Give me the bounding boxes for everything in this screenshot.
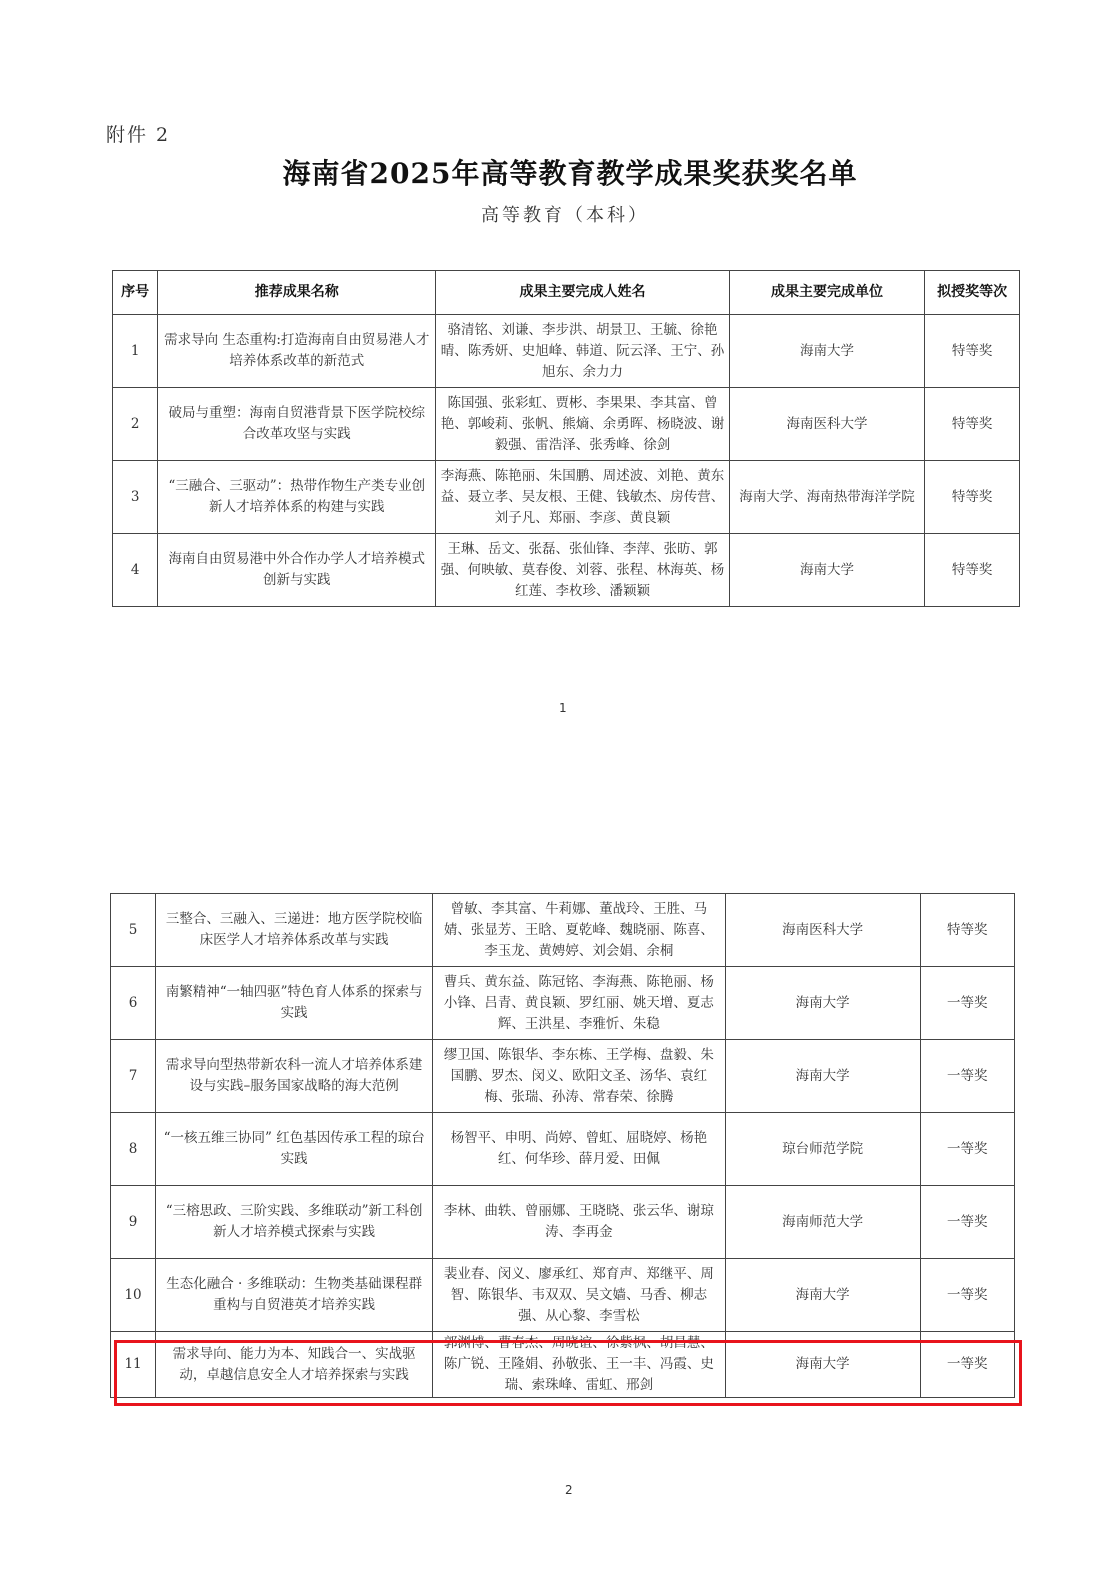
row-number: 8 xyxy=(111,1113,156,1186)
table-header-row: 序号 推荐成果名称 成果主要完成人姓名 成果主要完成单位 拟授奖等次 xyxy=(113,271,1020,315)
award-level: 一等奖 xyxy=(920,1186,1014,1259)
completers: 李林、曲轶、曾丽娜、王晓晓、张云华、谢琼涛、李再金 xyxy=(433,1186,725,1259)
page-number: 1 xyxy=(559,701,567,715)
completing-unit: 海南师范大学 xyxy=(725,1186,920,1259)
document-title: 海南省2025年高等教育教学成果奖获奖名单 xyxy=(0,152,1120,192)
award-level: 特等奖 xyxy=(925,461,1020,534)
achievement-name: “三榕思政、三阶实践、多维联动”新工科创新人才培养模式探索与实践 xyxy=(156,1186,433,1259)
row-number: 5 xyxy=(111,894,156,967)
award-level: 特等奖 xyxy=(925,388,1020,461)
table-row: 9 “三榕思政、三阶实践、多维联动”新工科创新人才培养模式探索与实践 李林、曲轶… xyxy=(111,1186,1015,1259)
table-row: 4 海南自由贸易港中外合作办学人才培养模式创新与实践 王琳、岳文、张磊、张仙锋、… xyxy=(113,534,1020,607)
completing-unit: 海南大学 xyxy=(725,1040,920,1113)
awards-table-page-2: 5 三整合、三融入、三递进：地方医学院校临床医学人才培养体系改革与实践 曾敏、李… xyxy=(110,893,1015,1398)
header-level: 拟授奖等次 xyxy=(925,271,1020,315)
table-row: 3 “三融合、三驱动”：热带作物生产类专业创新人才培养体系的构建与实践 李海燕、… xyxy=(113,461,1020,534)
row-number: 4 xyxy=(113,534,158,607)
document-subtitle: 高等教育（本科） xyxy=(0,201,1120,227)
award-level: 特等奖 xyxy=(925,534,1020,607)
completing-unit: 海南大学 xyxy=(729,315,925,388)
completers: 曹兵、黄东益、陈冠铭、李海燕、陈艳丽、杨小锋、吕青、黄良颖、罗红丽、姚天增、夏志… xyxy=(433,967,725,1040)
row-number: 3 xyxy=(113,461,158,534)
row-number: 7 xyxy=(111,1040,156,1113)
award-level: 一等奖 xyxy=(920,1259,1014,1332)
completing-unit: 海南大学 xyxy=(725,967,920,1040)
completing-unit: 海南大学 xyxy=(729,534,925,607)
completers: 缪卫国、陈银华、李东栋、王学梅、盘毅、朱国鹏、罗杰、闵义、欧阳文圣、汤华、袁红梅… xyxy=(433,1040,725,1113)
attachment-label: 附件 2 xyxy=(106,120,170,147)
completing-unit: 琼台师范学院 xyxy=(725,1113,920,1186)
achievement-name: “一核五维三协同” 红色基因传承工程的琼台实践 xyxy=(156,1113,433,1186)
header-no: 序号 xyxy=(113,271,158,315)
page-number: 2 xyxy=(565,1483,573,1497)
completing-unit: 海南医科大学 xyxy=(725,894,920,967)
completers: 曾敏、李其富、牛莉娜、董战玲、王胜、马婧、张显芳、王晗、夏乾峰、魏晓丽、陈喜、李… xyxy=(433,894,725,967)
row-number: 10 xyxy=(111,1259,156,1332)
award-level: 特等奖 xyxy=(920,894,1014,967)
achievement-name: 三整合、三融入、三递进：地方医学院校临床医学人才培养体系改革与实践 xyxy=(156,894,433,967)
award-level: 特等奖 xyxy=(925,315,1020,388)
completing-unit: 海南大学、海南热带海洋学院 xyxy=(729,461,925,534)
achievement-name: “三融合、三驱动”：热带作物生产类专业创新人才培养体系的构建与实践 xyxy=(158,461,436,534)
completing-unit: 海南医科大学 xyxy=(729,388,925,461)
header-people: 成果主要完成人姓名 xyxy=(436,271,729,315)
row-number: 9 xyxy=(111,1186,156,1259)
award-level: 一等奖 xyxy=(920,1113,1014,1186)
table-row: 7 需求导向型热带新农科一流人才培养体系建设与实践–服务国家战略的海大范例 缪卫… xyxy=(111,1040,1015,1113)
row-number: 6 xyxy=(111,967,156,1040)
achievement-name: 生态化融合 · 多维联动：生物类基础课程群重构与自贸港英才培养实践 xyxy=(156,1259,433,1332)
table-row: 10 生态化融合 · 多维联动：生物类基础课程群重构与自贸港英才培养实践 裴业春… xyxy=(111,1259,1015,1332)
achievement-name: 需求导向型热带新农科一流人才培养体系建设与实践–服务国家战略的海大范例 xyxy=(156,1040,433,1113)
achievement-name: 破局与重塑：海南自贸港背景下医学院校综合改革攻坚与实践 xyxy=(158,388,436,461)
completers: 裴业春、闵义、廖承红、郑育声、郑继平、周智、陈银华、韦双双、吴文嫱、马香、柳志强… xyxy=(433,1259,725,1332)
header-unit: 成果主要完成单位 xyxy=(729,271,925,315)
achievement-name: 海南自由贸易港中外合作办学人才培养模式创新与实践 xyxy=(158,534,436,607)
completers: 陈国强、张彩虹、贾彬、李果果、李其富、曾艳、郭峻莉、张帆、熊熵、余勇晖、杨晓波、… xyxy=(436,388,729,461)
award-level: 一等奖 xyxy=(920,1040,1014,1113)
awards-table-page-1: 序号 推荐成果名称 成果主要完成人姓名 成果主要完成单位 拟授奖等次 1 需求导… xyxy=(112,270,1020,607)
achievement-name: 南繁精神“一轴四驱”特色育人体系的探索与实践 xyxy=(156,967,433,1040)
completers: 王琳、岳文、张磊、张仙锋、李萍、张昉、郭强、何映敏、莫春俊、刘蓉、张程、林海英、… xyxy=(436,534,729,607)
achievement-name: 需求导向 生态重构:打造海南自由贸易港人才培养体系改革的新范式 xyxy=(158,315,436,388)
table-row: 1 需求导向 生态重构:打造海南自由贸易港人才培养体系改革的新范式 骆清铭、刘谦… xyxy=(113,315,1020,388)
highlight-box xyxy=(114,1340,1022,1406)
table-row: 6 南繁精神“一轴四驱”特色育人体系的探索与实践 曹兵、黄东益、陈冠铭、李海燕、… xyxy=(111,967,1015,1040)
row-number: 1 xyxy=(113,315,158,388)
completers: 杨智平、申明、尚婷、曾虹、屈晓婷、杨艳红、何华珍、薛月爱、田佩 xyxy=(433,1113,725,1186)
completers: 李海燕、陈艳丽、朱国鹏、周述波、刘艳、黄东益、聂立孝、吴友根、王健、钱敏杰、房传… xyxy=(436,461,729,534)
award-level: 一等奖 xyxy=(920,967,1014,1040)
header-name: 推荐成果名称 xyxy=(158,271,436,315)
table-row: 2 破局与重塑：海南自贸港背景下医学院校综合改革攻坚与实践 陈国强、张彩虹、贾彬… xyxy=(113,388,1020,461)
completing-unit: 海南大学 xyxy=(725,1259,920,1332)
table-row: 8 “一核五维三协同” 红色基因传承工程的琼台实践 杨智平、申明、尚婷、曾虹、屈… xyxy=(111,1113,1015,1186)
table-row: 5 三整合、三融入、三递进：地方医学院校临床医学人才培养体系改革与实践 曾敏、李… xyxy=(111,894,1015,967)
completers: 骆清铭、刘谦、李步洪、胡景卫、王毓、徐艳晴、陈秀妍、史旭峰、韩道、阮云泽、王宁、… xyxy=(436,315,729,388)
row-number: 2 xyxy=(113,388,158,461)
